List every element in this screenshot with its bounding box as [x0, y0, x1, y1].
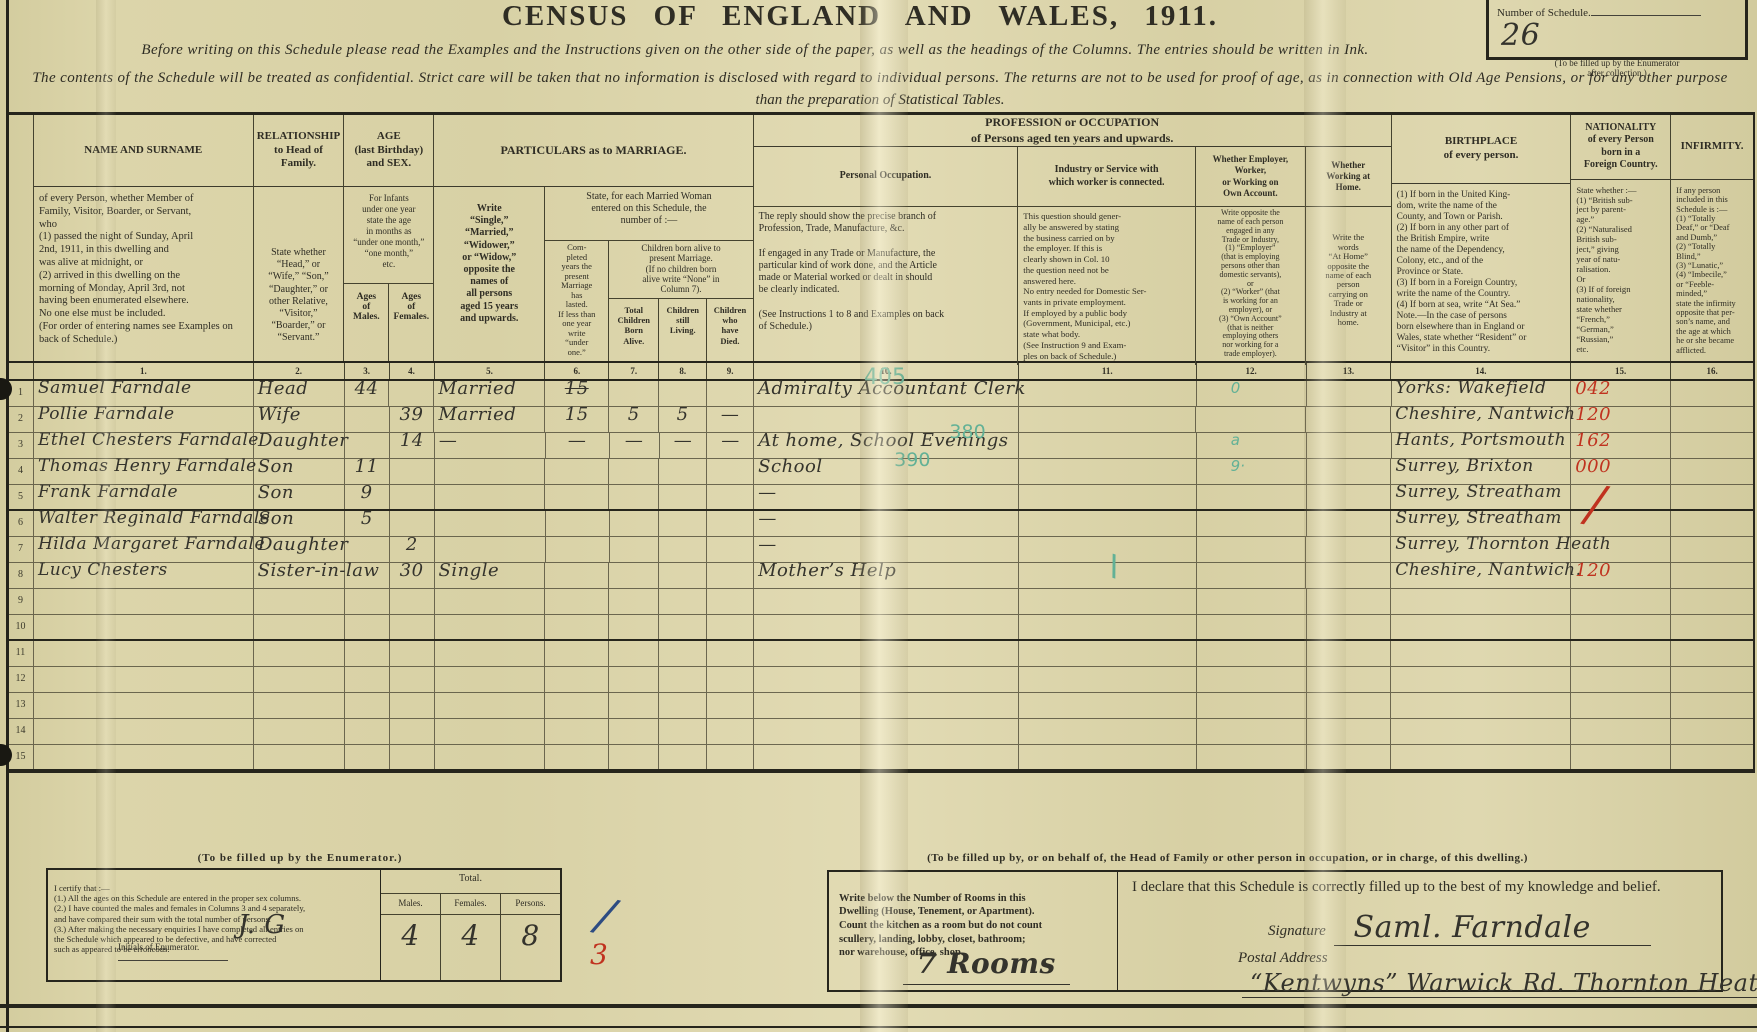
occupation-subcolumns: Personal Occupation. The reply should sh…	[754, 147, 1391, 365]
cell-rel: Wife	[254, 407, 345, 432]
cell-living	[659, 511, 707, 536]
handwritten-entry: Cheshire, Nantwich	[1395, 404, 1575, 424]
table-row: 14	[8, 719, 1753, 745]
column-header-occupation: PROFESSION or OCCUPATION of Persons aged…	[754, 115, 1392, 361]
handwritten-entry: 042	[1575, 378, 1611, 399]
handwritten-entry: Surrey, Brixton	[1395, 456, 1533, 476]
instruction-line-1: Before writing on this Schedule please r…	[60, 42, 1450, 59]
cell-n: 5	[8, 485, 34, 509]
cell-am: 9	[345, 485, 390, 509]
cell-occ	[754, 693, 1019, 718]
marriage-subheader: Write “Single,” “Married,” “Widower,” or…	[434, 187, 752, 361]
handwritten-entry: —	[674, 430, 693, 451]
handwritten-entry: 39	[400, 404, 424, 425]
cell-living	[659, 381, 707, 406]
cell-home	[1307, 615, 1392, 639]
cell-yrs	[545, 485, 609, 509]
cell-name	[34, 641, 254, 666]
column-header-birthplace: BIRTHPLACE of every person. (1) If born …	[1392, 115, 1572, 361]
cell-af	[390, 641, 435, 666]
handwritten-entry: 120	[1575, 404, 1611, 425]
cell-birth: Surrey, Streatham	[1391, 511, 1571, 536]
cell-home	[1307, 511, 1392, 536]
cell-born	[609, 745, 659, 769]
cell-born	[609, 719, 659, 744]
cell-am	[345, 433, 390, 458]
cell-inf	[1671, 381, 1753, 406]
cell-emp	[1197, 615, 1307, 639]
handwritten-entry: Ethel Chesters Farndale	[38, 430, 259, 450]
cell-home	[1306, 537, 1391, 562]
marriage-years-note: Com- pleted years the present Marriage h…	[545, 241, 609, 361]
handwritten-entry: 5	[628, 404, 640, 425]
cell-am: 44	[345, 381, 390, 406]
column-header-relationship: RELATIONSHIP to Head of Family. State wh…	[254, 115, 345, 361]
handwritten-entry: Daughter	[258, 430, 348, 451]
totals-values: 4 4 8	[381, 915, 560, 980]
handwritten-entry: 44	[355, 378, 379, 399]
cell-rel: Son	[254, 485, 345, 509]
cell-born	[609, 615, 659, 639]
cell-nat: 120	[1571, 563, 1671, 588]
enumerator-box: I certify that :— (1.) All the ages on t…	[46, 868, 562, 982]
cell-birth: Hants, Portsmouth	[1392, 433, 1572, 458]
cell-nat	[1571, 615, 1671, 639]
cell-birth: Surrey, Streatham	[1391, 485, 1571, 509]
handwritten-entry: Married	[438, 404, 516, 425]
initials-value: J. G	[238, 910, 286, 941]
cell-af	[390, 589, 435, 614]
cell-born	[609, 381, 659, 406]
cell-living	[659, 563, 707, 588]
cell-home	[1306, 563, 1391, 588]
cell-birth	[1391, 641, 1571, 666]
handwritten-entry: School	[758, 456, 822, 477]
col-number: 12.	[1197, 363, 1307, 379]
cell-name	[34, 589, 254, 614]
cell-am	[345, 407, 390, 432]
cell-died: —	[707, 407, 754, 432]
industry-header: Industry or Service with which worker is…	[1018, 147, 1195, 207]
handwritten-entry: Son	[258, 508, 294, 529]
schedule-number-value: 26	[1501, 18, 1540, 53]
handwritten-entry: —	[625, 430, 644, 451]
cell-ind: \	[1019, 563, 1197, 588]
cell-mar: Married	[434, 381, 545, 406]
cell-inf	[1671, 485, 1753, 509]
cell-nat	[1571, 667, 1671, 692]
cell-born	[609, 563, 659, 588]
col-number: 15.	[1571, 363, 1671, 379]
personal-occupation-note: The reply should show the precise branch…	[754, 207, 1018, 365]
cell-af	[390, 615, 435, 639]
handwritten-entry: Head	[258, 378, 309, 399]
cell-am	[345, 615, 390, 639]
females-value: 4	[461, 919, 479, 952]
cell-am	[345, 667, 390, 692]
ages-of-males-header: Ages of Males.	[344, 284, 389, 361]
cell-name: Samuel Farndale	[34, 381, 254, 406]
enumerator-green-mark: 405	[864, 365, 906, 390]
handwritten-entry: 14	[400, 430, 424, 451]
children-died-header: Children who have Died.	[707, 299, 752, 361]
handwritten-entry: Frank Farndale	[38, 482, 178, 502]
age-title: AGE (last Birthday) and SEX.	[344, 115, 433, 187]
bottom-rule	[0, 1026, 1757, 1028]
table-row: 12	[8, 667, 1753, 693]
instruction-line-2: The contents of the Schedule will be tre…	[25, 70, 1735, 87]
cell-occ	[754, 667, 1019, 692]
marriage-right: State, for each Married Woman entered on…	[545, 187, 752, 361]
cell-mar	[435, 745, 546, 769]
males-label: Males.	[381, 894, 441, 914]
totals-table: Total. Males. Females. Persons. 4 4 8	[380, 870, 560, 980]
cell-home	[1307, 459, 1392, 484]
cell-birth	[1391, 615, 1571, 639]
cell-yrs	[545, 589, 609, 614]
infirmity-title: INFIRMITY.	[1671, 115, 1753, 180]
cell-birth: Surrey, Thornton Heath	[1391, 537, 1571, 562]
signature-value: Saml. Farndale	[1334, 910, 1651, 946]
page-title: CENSUS OF ENGLAND AND WALES, 1911.	[300, 0, 1420, 33]
cell-yrs	[546, 511, 610, 536]
table-row: 8Lucy ChestersSister-in-law30SingleMothe…	[8, 563, 1753, 589]
handwritten-entry: —	[758, 482, 777, 503]
cell-died	[707, 381, 754, 406]
cell-rel: Head	[254, 381, 345, 406]
handwritten-entry: Samuel Farndale	[38, 378, 192, 398]
cell-inf	[1671, 693, 1753, 718]
cell-yrs: 15	[545, 381, 609, 406]
table-row: 15	[8, 745, 1753, 771]
col-number: 2.	[254, 363, 345, 379]
cell-home	[1307, 381, 1392, 406]
age-note: For Infants under one year state the age…	[344, 187, 433, 283]
handwritten-entry: Wife	[258, 404, 301, 425]
cell-emp: 9·	[1197, 459, 1307, 484]
table-row: 9	[8, 589, 1753, 615]
cell-yrs	[545, 745, 609, 769]
cell-died: —	[707, 433, 754, 458]
cell-yrs	[545, 563, 609, 588]
cell-home	[1307, 485, 1392, 509]
blue-tick-mark: /	[592, 887, 620, 943]
cell-died	[707, 511, 754, 536]
cell-ind	[1019, 693, 1197, 718]
cell-rel: Son	[254, 459, 345, 484]
handwritten-entry: Married	[438, 378, 516, 399]
cell-rel	[254, 641, 345, 666]
cell-died	[707, 745, 754, 769]
cell-birth	[1391, 719, 1571, 744]
cell-born	[609, 485, 659, 509]
cell-living	[659, 485, 707, 509]
cell-af	[390, 459, 435, 484]
col-number: 7.	[609, 363, 659, 379]
handwritten-entry: —	[721, 404, 740, 425]
enumerator-green-mark: a	[1231, 431, 1240, 449]
cell-birth: Cheshire, Nantwich	[1391, 407, 1571, 432]
handwritten-entry: 5	[677, 404, 689, 425]
handwritten-entry: 15	[565, 404, 589, 425]
handwritten-entry: —	[721, 430, 740, 451]
handwritten-entry: Daughter	[258, 534, 348, 555]
col-number: 13.	[1307, 363, 1392, 379]
cell-inf	[1671, 511, 1753, 536]
handwritten-entry: 5	[361, 508, 373, 529]
cell-died	[707, 485, 754, 509]
cell-nat: 120	[1571, 407, 1671, 432]
cell-mar	[435, 485, 546, 509]
cell-n: 4	[8, 459, 34, 484]
cell-rel	[254, 615, 345, 639]
cell-emp	[1197, 719, 1307, 744]
males-value: 4	[401, 919, 419, 952]
signature-label: Signature	[1268, 923, 1326, 939]
householder-box: Write below the Number of Rooms in this …	[827, 870, 1723, 992]
cell-home	[1307, 719, 1392, 744]
cell-born	[609, 641, 659, 666]
cell-home	[1306, 407, 1391, 432]
cell-ind	[1019, 615, 1197, 639]
handwritten-entry: 162	[1575, 430, 1611, 451]
cell-living	[659, 641, 707, 666]
handwritten-entry: —	[758, 508, 777, 529]
cell-inf	[1671, 537, 1753, 562]
cell-rel	[254, 719, 345, 744]
col-number: 3.	[345, 363, 390, 379]
cell-living	[659, 459, 707, 484]
cell-occ: —	[754, 511, 1019, 536]
cell-born	[609, 459, 659, 484]
cell-name	[34, 719, 254, 744]
table-row: 13	[8, 693, 1753, 719]
children-living-header: Children still Living.	[659, 299, 707, 361]
cell-af	[390, 745, 435, 769]
handwritten-entry: Single	[439, 560, 500, 581]
cell-mar: Married	[434, 407, 545, 432]
totals-labels: Males. Females. Persons.	[381, 894, 560, 915]
cell-died	[707, 459, 754, 484]
children-note: Children born alive to present Marriage.…	[609, 241, 752, 299]
cell-died	[707, 641, 754, 666]
table-row: 10	[8, 615, 1753, 641]
col-number: 16.	[1671, 363, 1753, 379]
cell-died	[707, 667, 754, 692]
cell-inf	[1671, 407, 1753, 432]
birthplace-title: BIRTHPLACE of every person.	[1392, 115, 1571, 184]
cell-name: Hilda Margaret Farndale	[34, 537, 254, 562]
handwritten-entry: Cheshire, Nantwich.	[1395, 560, 1581, 580]
cell-occ	[754, 641, 1019, 666]
red-count-mark: 3	[590, 938, 608, 971]
cell-emp	[1197, 693, 1307, 718]
declaration-cell: I declare that this Schedule is correctl…	[1118, 872, 1721, 990]
relationship-title: RELATIONSHIP to Head of Family.	[254, 115, 344, 187]
working-at-home-column: Whether Working at Home. Write the words…	[1306, 147, 1391, 365]
handwritten-entry: —	[568, 430, 587, 451]
cell-occ: Mother’s Help	[754, 563, 1019, 588]
handwritten-entry: —	[758, 534, 777, 555]
handwritten-entry: Surrey, Thornton Heath	[1395, 534, 1611, 554]
employer-header: Whether Employer, Worker, or Working on …	[1196, 147, 1305, 207]
cell-living	[659, 693, 707, 718]
industry-note: This question should gener- ally be answ…	[1018, 207, 1195, 365]
cell-am: 11	[345, 459, 390, 484]
cell-occ	[754, 589, 1019, 614]
handwritten-entry: 9	[361, 482, 373, 503]
cell-rel	[254, 693, 345, 718]
nationality-note: State whether :— (1) “British sub- ject …	[1571, 180, 1670, 361]
name-note: of every Person, whether Member of Famil…	[34, 187, 253, 361]
rooms-value: 7 Rooms	[903, 946, 1070, 985]
cell-yrs	[545, 641, 609, 666]
cell-rel: Sister-in-law	[254, 563, 345, 588]
cell-ind	[1019, 485, 1197, 509]
row-number-column-header	[8, 115, 34, 361]
cell-mar	[435, 459, 546, 484]
handwritten-entry: Hilda Margaret Farndale	[38, 534, 265, 554]
cell-born	[610, 537, 660, 562]
cell-occ: School390	[754, 459, 1019, 484]
cell-mar	[435, 693, 546, 718]
householder-section-heading: (To be filled up by, or on behalf of, th…	[745, 852, 1710, 864]
enumerator-green-mark: 9·	[1231, 457, 1245, 475]
handwritten-entry: Sister-in-law	[258, 560, 380, 581]
table-row: 11	[8, 641, 1753, 667]
working-at-home-note: Write the words “At Home” opposite the n…	[1306, 207, 1391, 365]
males-total: 4	[381, 915, 441, 980]
cell-n: 8	[8, 563, 34, 588]
cell-name	[34, 615, 254, 639]
cell-name	[34, 745, 254, 769]
cell-nat	[1571, 641, 1671, 666]
census-schedule-page: CENSUS OF ENGLAND AND WALES, 1911. Befor…	[0, 0, 1757, 1032]
occupation-group-title: PROFESSION or OCCUPATION of Persons aged…	[754, 115, 1391, 147]
marriage-lower: Com- pleted years the present Marriage h…	[545, 241, 752, 361]
cell-home	[1307, 641, 1392, 666]
cell-home	[1307, 693, 1392, 718]
instruction-line-2b: than the preparation of Statistical Tabl…	[25, 92, 1735, 109]
cell-occ: Admiralty Accountant Clerk405	[754, 381, 1019, 406]
cell-n: 1	[8, 381, 34, 406]
handwritten-entry: 120	[1575, 560, 1611, 581]
cell-born: —	[610, 433, 660, 458]
cell-af	[390, 693, 435, 718]
row-number-col	[8, 363, 34, 379]
cell-emp	[1197, 563, 1307, 588]
cell-living	[659, 719, 707, 744]
cell-yrs	[545, 459, 609, 484]
cell-ind	[1019, 589, 1197, 614]
name-title: NAME AND SURNAME	[34, 115, 253, 187]
cell-living	[659, 537, 707, 562]
cell-nat	[1571, 693, 1671, 718]
cell-ind	[1019, 459, 1197, 484]
birthplace-note: (1) If born in the United King- dom, wri…	[1392, 184, 1571, 361]
cell-mar	[435, 589, 546, 614]
cell-am	[345, 719, 390, 744]
industry-column: Industry or Service with which worker is…	[1018, 147, 1196, 365]
employer-column: Whether Employer, Worker, or Working on …	[1196, 147, 1306, 365]
cell-yrs	[545, 615, 609, 639]
cell-died	[707, 693, 754, 718]
cell-n: 2	[8, 407, 34, 432]
cell-inf	[1671, 563, 1753, 588]
total-label: Total.	[381, 870, 560, 894]
col-number: 8.	[659, 363, 707, 379]
cell-n: 10	[8, 615, 34, 639]
cell-n: 6	[8, 511, 34, 536]
cell-inf	[1671, 433, 1753, 458]
cell-n: 14	[8, 719, 34, 744]
handwritten-entry: —	[439, 430, 458, 451]
enumerator-certification: I certify that :— (1.) All the ages on t…	[48, 870, 380, 980]
cell-n: 15	[8, 745, 34, 769]
cell-inf	[1671, 459, 1753, 484]
cell-af	[390, 667, 435, 692]
cell-living	[659, 745, 707, 769]
cell-emp: a	[1197, 433, 1307, 458]
cell-mar	[435, 641, 546, 666]
married-woman-note: State, for each Married Woman entered on…	[545, 187, 752, 241]
column-header-marriage: PARTICULARS as to MARRIAGE. Write “Singl…	[434, 115, 753, 361]
handwritten-entry: 2	[406, 534, 418, 555]
personal-occupation-header: Personal Occupation.	[754, 147, 1018, 207]
cell-inf	[1671, 667, 1753, 692]
persons-label: Persons.	[501, 894, 560, 914]
females-total: 4	[441, 915, 501, 980]
col-number: 11.	[1019, 363, 1197, 379]
cell-rel: Son	[254, 511, 345, 536]
enumerator-section-heading: (To be filled up by the Enumerator.)	[40, 852, 560, 864]
declaration-text: I declare that this Schedule is correctl…	[1132, 879, 1661, 895]
handwritten-entry: Thomas Henry Farndale	[38, 456, 257, 476]
cell-birth: Surrey, Brixton	[1391, 459, 1571, 484]
cell-nat	[1571, 589, 1671, 614]
enumerator-green-mark: 390	[894, 449, 930, 471]
column-header-name: NAME AND SURNAME of every Person, whethe…	[34, 115, 254, 361]
cell-rel: Daughter	[254, 433, 345, 458]
col-number: 1.	[34, 363, 254, 379]
handwritten-entry: Son	[258, 456, 294, 477]
cell-born	[609, 693, 659, 718]
col-number: 5.	[435, 363, 546, 379]
handwritten-entry: Mother’s Help	[758, 560, 896, 581]
cell-birth: Yorks: Wakefield	[1392, 381, 1572, 406]
cell-emp	[1197, 745, 1307, 769]
cell-emp: 0	[1197, 381, 1307, 406]
cell-nat: 162	[1571, 433, 1671, 458]
cell-name: Walter Reginald Farndale	[34, 511, 254, 536]
handwritten-entry: Walter Reginald Farndale	[38, 508, 270, 528]
address-value: “Kentwyns” Warwick Rd. Thornton Heath.	[1242, 969, 1757, 998]
cell-mar	[435, 667, 546, 692]
cell-af	[390, 511, 435, 536]
persons-total: 8	[501, 915, 560, 980]
cell-mar	[435, 511, 546, 536]
cell-nat: 042	[1571, 381, 1671, 406]
cell-birth	[1391, 745, 1571, 769]
left-border-rule	[6, 0, 9, 1032]
initials-line	[118, 960, 228, 961]
cell-born	[610, 511, 660, 536]
cell-emp	[1197, 511, 1307, 536]
signature-row: Signature Saml. Farndale	[1268, 908, 1647, 944]
cell-living	[659, 615, 707, 639]
cell-home	[1307, 589, 1392, 614]
census-table: NAME AND SURNAME of every Person, whethe…	[6, 112, 1755, 773]
